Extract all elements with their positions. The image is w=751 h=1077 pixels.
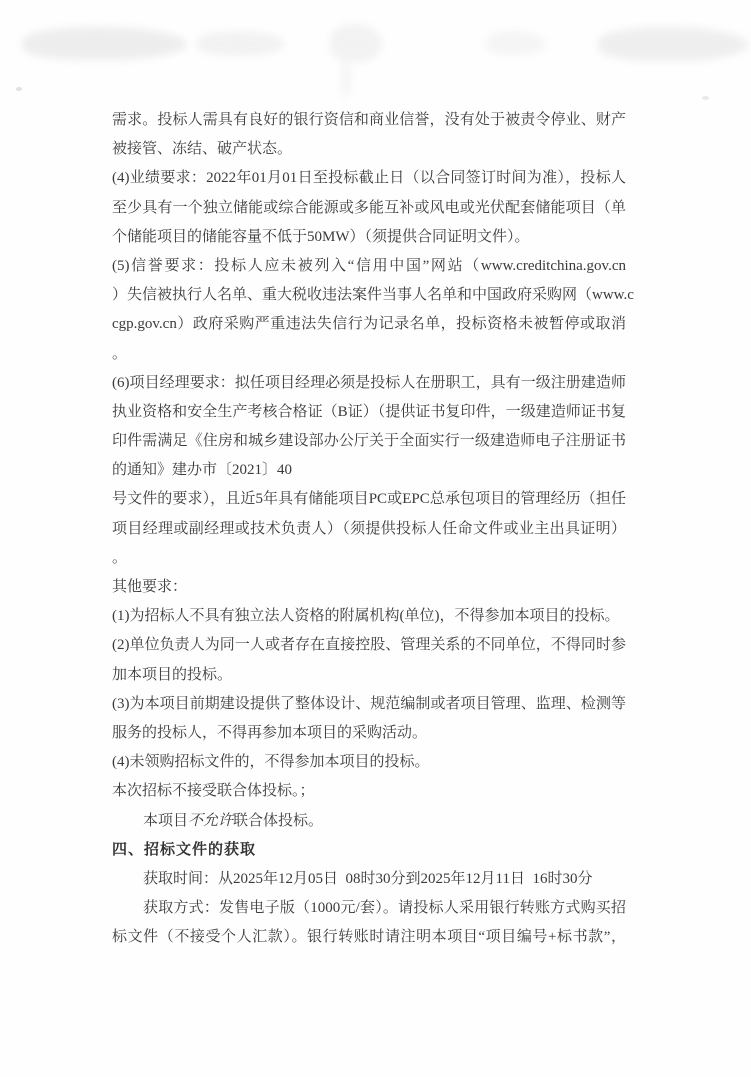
line-text: 本次招标不接受联合体投标。； [112, 783, 315, 799]
line-text: (4)业绩要求：2022年01月01日至投标截止日（以合同签订时间为准），投标人 [112, 170, 626, 186]
line-text: 个储能项目的储能容量不低于50MW）（须提供合同证明文件）。 [112, 229, 530, 245]
doc-line-7: ）失信被执行人名单、重大税收违法案件当事人名单和中国政府采购网（www.c [112, 281, 626, 310]
line-text: 四、招标文件的获取 [112, 842, 256, 858]
scan-bleed-artifact [598, 27, 748, 61]
doc-line-3: (4)业绩要求：2022年01月01日至投标截止日（以合同签订时间为准），投标人 [112, 164, 626, 193]
line-text: 其他要求： [112, 579, 187, 595]
line-text: 需求。投标人需具有良好的银行资信和商业信誉，没有处于被责令停业、财产 [112, 112, 626, 128]
doc-line-28: 获取方式：发售电子版（1000元/套）。请投标人采用银行转账方式购买招 [112, 894, 626, 923]
doc-line-8: cgp.gov.cn）政府采购严重违法失信行为记录名单，投标资格未被暂停或取消 [112, 310, 626, 339]
doc-line-13: 的通知》建办市〔2021〕40 [112, 456, 626, 485]
doc-line-14: 号文件的要求），且近5年具有储能项目PC或EPC总承包项目的管理经历（担任 [112, 485, 626, 514]
document-content: 需求。投标人需具有良好的银行资信和商业信誉，没有处于被责令停业、财产被接管、冻结… [112, 106, 626, 952]
doc-line-19: (2)单位负责人为同一人或者存在直接控股、管理关系的不同单位，不得同时参 [112, 631, 626, 660]
line-text: 号文件的要求），且近5年具有储能项目PC或EPC总承包项目的管理经历（担任 [112, 491, 626, 507]
line-text: 获取时间：从2025年12月05日 08时30分到2025年12月11日 16时… [143, 871, 592, 887]
doc-line-9: 。 [112, 340, 626, 369]
scan-bleed-artifact [330, 24, 382, 62]
line-text: ）失信被执行人名单、重大税收违法案件当事人名单和中国政府采购网（www.c [112, 287, 634, 303]
line-text: (3)为本项目前期建设提供了整体设计、规范编制或者项目管理、监理、检测等 [112, 696, 626, 712]
doc-line-29: 标文件（不接受个人汇款）。银行转账时请注明本项目“项目编号+标书款”， [112, 923, 626, 952]
doc-line-12: 印件需满足《住房和城乡建设部办公厅关于全面实行一级建造师电子注册证书 [112, 427, 626, 456]
doc-line-2: 被接管、冻结、破产状态。 [112, 135, 626, 164]
line-text: (2)单位负责人为同一人或者存在直接控股、管理关系的不同单位，不得同时参 [112, 637, 626, 653]
doc-line-5: 个储能项目的储能容量不低于50MW）（须提供合同证明文件）。 [112, 223, 626, 252]
line-text: 执业资格和安全生产考核合格证（B证）（提供证书复印件，一级建造师证书复 [112, 404, 626, 420]
doc-line-1: 需求。投标人需具有良好的银行资信和商业信誉，没有处于被责令停业、财产 [112, 106, 626, 135]
emphasis-text: 不允许 [188, 813, 233, 829]
doc-line-4: 至少具有一个独立储能或综合能源或多能互补或风电或光伏配套储能项目（单 [112, 194, 626, 223]
doc-line-15: 项目经理或副经理或技术负责人）（须提供投标人任命文件或业主出具证明） [112, 515, 626, 544]
doc-line-16: 。 [112, 544, 626, 573]
doc-line-27: 获取时间：从2025年12月05日 08时30分到2025年12月11日 16时… [112, 865, 626, 894]
doc-line-23: (4)未领购招标文件的，不得参加本项目的投标。 [112, 748, 626, 777]
scan-bleed-artifact [486, 31, 546, 55]
line-text: 联合体投标。 [233, 813, 323, 829]
line-text: (4)未领购招标文件的，不得参加本项目的投标。 [112, 754, 430, 770]
doc-line-24: 本次招标不接受联合体投标。； [112, 777, 626, 806]
doc-line-25: 本项目不允许联合体投标。 [112, 807, 626, 836]
scan-speck-artifact [16, 87, 22, 91]
doc-line-11: 执业资格和安全生产考核合格证（B证）（提供证书复印件，一级建造师证书复 [112, 398, 626, 427]
line-text: (5)信誉要求：投标人应未被列入“信用中国”网站（www.creditchina… [112, 258, 626, 274]
line-text: 。 [112, 550, 127, 566]
line-text: 标文件（不接受个人汇款）。银行转账时请注明本项目“项目编号+标书款”， [112, 929, 626, 945]
scan-bleed-artifact [22, 27, 187, 60]
line-text: cgp.gov.cn）政府采购严重违法失信行为记录名单，投标资格未被暂停或取消 [112, 316, 626, 332]
line-text: (1)为招标人不具有独立法人资格的附属机构(单位)，不得参加本项目的投标。 [112, 608, 619, 624]
line-text: 被接管、冻结、破产状态。 [112, 141, 292, 157]
doc-line-21: (3)为本项目前期建设提供了整体设计、规范编制或者项目管理、监理、检测等 [112, 690, 626, 719]
line-text: 本项目 [143, 813, 188, 829]
doc-line-17: 其他要求： [112, 573, 626, 602]
doc-line-26: 四、招标文件的获取 [112, 836, 626, 865]
scan-speck-artifact [702, 96, 709, 100]
doc-line-10: (6)项目经理要求：拟任项目经理必须是投标人在册职工，具有一级注册建造师 [112, 369, 626, 398]
doc-line-18: (1)为招标人不具有独立法人资格的附属机构(单位)，不得参加本项目的投标。 [112, 602, 626, 631]
line-text: 加本项目的投标。 [112, 667, 232, 683]
line-text: 至少具有一个独立储能或综合能源或多能互补或风电或光伏配套储能项目（单 [112, 200, 626, 216]
line-text: 的通知》建办市〔2021〕40 [112, 462, 292, 478]
doc-line-6: (5)信誉要求：投标人应未被列入“信用中国”网站（www.creditchina… [112, 252, 626, 281]
line-text: (6)项目经理要求：拟任项目经理必须是投标人在册职工，具有一级注册建造师 [112, 375, 626, 391]
doc-line-22: 服务的投标人，不得再参加本项目的采购活动。 [112, 719, 626, 748]
line-text: 项目经理或副经理或技术负责人）（须提供投标人任命文件或业主出具证明） [112, 521, 626, 537]
line-text: 。 [112, 346, 127, 362]
scan-bleed-artifact [197, 31, 285, 56]
line-text: 服务的投标人，不得再参加本项目的采购活动。 [112, 725, 427, 741]
document-page: 需求。投标人需具有良好的银行资信和商业信誉，没有处于被责令停业、财产被接管、冻结… [0, 0, 751, 1077]
line-text: 印件需满足《住房和城乡建设部办公厅关于全面实行一级建造师电子注册证书 [112, 433, 626, 449]
doc-line-20: 加本项目的投标。 [112, 661, 626, 690]
line-text: 获取方式：发售电子版（1000元/套）。请投标人采用银行转账方式购买招 [143, 900, 626, 916]
scan-bleed-artifact [341, 60, 351, 98]
